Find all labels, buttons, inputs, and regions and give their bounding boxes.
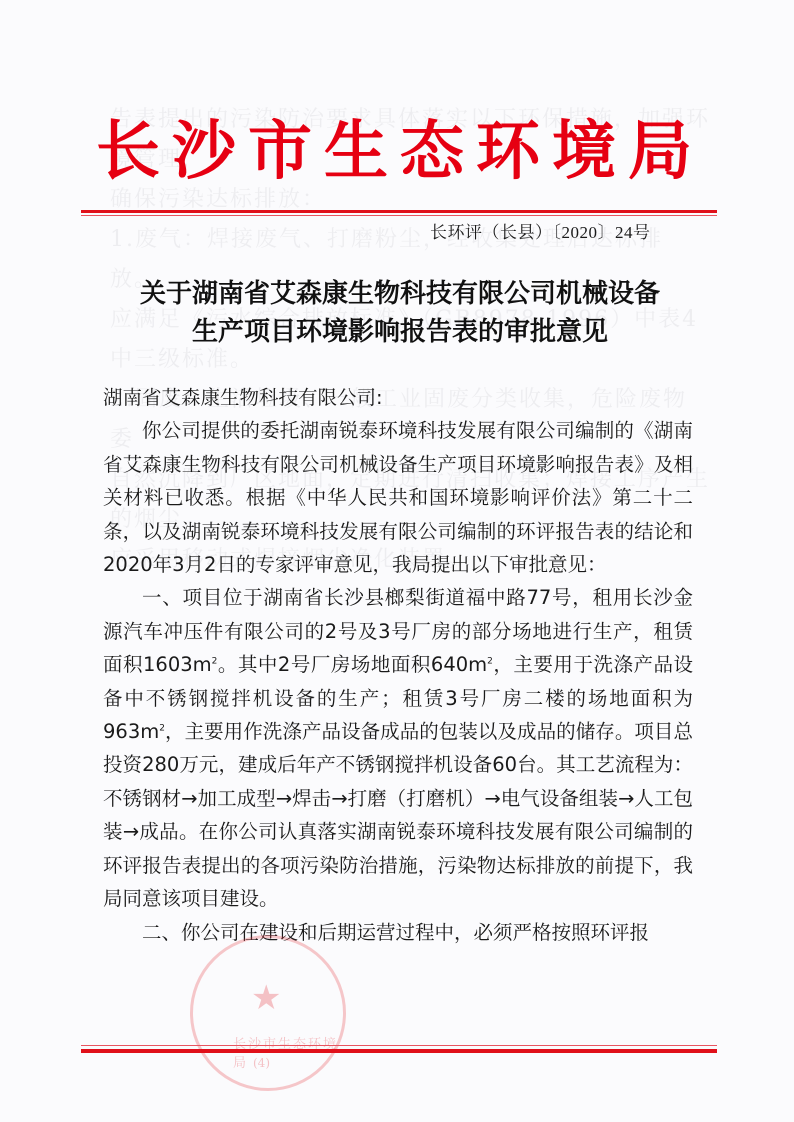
title-line-1: 关于湖南省艾森康生物科技有限公司机械设备 xyxy=(80,275,720,313)
seal-number: (4) xyxy=(253,1056,270,1070)
header-divider-thin xyxy=(81,215,717,216)
agency-masthead: 长沙市生态环境局 xyxy=(80,112,720,192)
footer-divider-thin xyxy=(81,1045,717,1046)
document-body: 湖南省艾森康生物科技有限公司: 你公司提供的委托湖南锐泰环境科技发展有限公司编制… xyxy=(103,381,693,949)
addressee: 湖南省艾森康生物科技有限公司: xyxy=(103,381,693,414)
header-divider-thick xyxy=(81,210,717,213)
document-number: 长环评（长县）〔2020〕24号 xyxy=(430,218,651,243)
paragraph-text: ，主要用作洗涤产品设备成品的包装以及成品的储存。项目总投资280万元，建成后年产… xyxy=(103,720,693,910)
paragraph-text: 。其中2号厂房场地面积640m xyxy=(217,653,487,676)
document-title: 关于湖南省艾森康生物科技有限公司机械设备 生产项目环境影响报告表的审批意见 xyxy=(80,275,720,351)
paragraph-item-1: 一、项目位于湖南省长沙县榔梨街道福中路77号，租用长沙金源汽车冲压件有限公司的2… xyxy=(103,581,693,915)
footer-divider-thick xyxy=(81,1049,717,1053)
document-page: 告表提出的污染防治要求具体落实以下环保措施，加强环境管理， 确保污染达标排放： … xyxy=(0,0,794,1122)
official-seal: ★ 长沙市生态环境局 (4) xyxy=(190,935,346,1091)
title-line-2: 生产项目环境影响报告表的审批意见 xyxy=(80,313,720,351)
paragraph-item-2: 二、你公司在建设和后期运营过程中，必须严格按照环评报 xyxy=(103,916,693,949)
star-icon: ★ xyxy=(251,978,281,1018)
paragraph-intro: 你公司提供的委托湖南锐泰环境科技发展有限公司编制的《湖南省艾森康生物科技有限公司… xyxy=(103,414,693,581)
